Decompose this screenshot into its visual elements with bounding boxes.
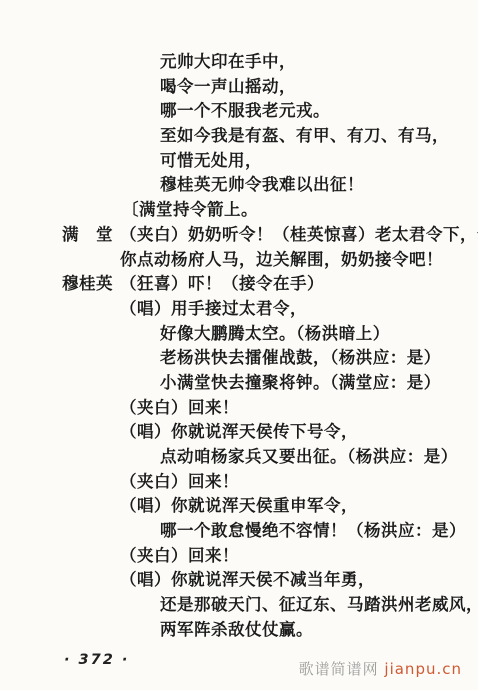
speaker-row: 穆桂英 （狂喜）吓！（接令在手） bbox=[0, 272, 478, 297]
speaker-name: 满 堂 bbox=[62, 223, 113, 248]
dialogue-line: （夹白）回来！ bbox=[0, 396, 478, 421]
dialogue-text: （夹白）奶奶听令！（桂英惊喜）老太君令下，命 bbox=[120, 225, 478, 244]
aria-line: 喝令一声山摇动， bbox=[0, 75, 478, 100]
dialogue-line: （唱）用手接过太君令， bbox=[0, 297, 478, 322]
dialogue-line: （唱）你就说浑天侯传下号令， bbox=[0, 420, 478, 445]
aria-line: 可惜无处用， bbox=[0, 149, 478, 174]
aria-line: 哪一个不服我老元戎。 bbox=[0, 99, 478, 124]
script-text-block: 元帅大印在手中， 喝令一声山摇动， 哪一个不服我老元戎。 至如今我是有盔、有甲、… bbox=[0, 50, 478, 643]
speaker-name: 穆桂英 bbox=[62, 272, 113, 297]
dialogue-line: （唱）你就说浑天侯重申军令， bbox=[0, 494, 478, 519]
aria-line: 好像大鹏腾太空。（杨洪暗上） bbox=[0, 322, 478, 347]
aria-line: 穆桂英无帅令我难以出征！ bbox=[0, 173, 478, 198]
aria-line: 元帅大印在手中， bbox=[0, 50, 478, 75]
aria-line: 还是那破天门、征辽东、马踏洪州老威风， bbox=[0, 593, 478, 618]
aria-line: 老杨洪快去擂催战鼓，（杨洪应：是） bbox=[0, 346, 478, 371]
dialogue-line: （夹白）回来！ bbox=[0, 544, 478, 569]
watermark-site-name: 歌谱简谱网 bbox=[299, 660, 379, 678]
aria-line: 至如今我是有盔、有甲、有刀、有马， bbox=[0, 124, 478, 149]
stage-direction-line: 〔满堂持令箭上。 bbox=[0, 198, 478, 223]
script-page: 元帅大印在手中， 喝令一声山摇动， 哪一个不服我老元戎。 至如今我是有盔、有甲、… bbox=[0, 0, 478, 690]
watermark: 歌谱简谱网 jianpu.cn bbox=[299, 658, 462, 679]
aria-line: 哪一个敢怠慢绝不容情！（杨洪应：是） bbox=[0, 519, 478, 544]
speaker-row: 满 堂 （夹白）奶奶听令！（桂英惊喜）老太君令下，命 bbox=[0, 223, 478, 248]
aria-line: 两军阵杀敌仗仗赢。 bbox=[0, 618, 478, 643]
aria-line: 小满堂快去撞聚将钟。（满堂应：是） bbox=[0, 371, 478, 396]
page-number: · 372 · bbox=[64, 652, 129, 668]
dialogue-line: 你点动杨府人马，边关解围，奶奶接令吧！ bbox=[0, 248, 478, 273]
watermark-site-url: jianpu.cn bbox=[384, 660, 462, 678]
dialogue-line: （夹白）回来！ bbox=[0, 470, 478, 495]
aria-line: 点动咱杨家兵又要出征。（杨洪应：是） bbox=[0, 445, 478, 470]
dialogue-text: （狂喜）吓！（接令在手） bbox=[120, 274, 324, 293]
dialogue-line: （唱）你就说浑天侯不减当年勇， bbox=[0, 568, 478, 593]
